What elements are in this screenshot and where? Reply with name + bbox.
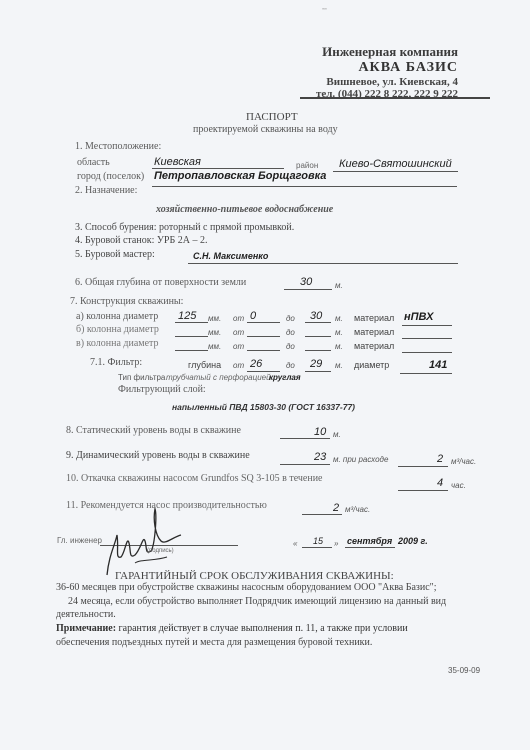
column-a-to: 30	[310, 310, 322, 322]
column-a-material: нПВХ	[404, 311, 433, 323]
filter-layer-value: напыленный ПВД 15803-30 (ГОСТ 16337-77)	[172, 402, 355, 412]
s71-from: 26	[250, 358, 262, 370]
filter-type-value2: круглая	[269, 373, 301, 382]
filter-type-label: Тип фильтра	[118, 373, 165, 382]
date-day: 15	[313, 536, 323, 546]
column-c-diameter-line	[175, 350, 208, 351]
filter-type-value: трубчатый с перфорацией	[166, 373, 271, 382]
date-month-line	[345, 547, 395, 548]
column-a-material-label: материал	[354, 313, 394, 323]
s9-unit: м. при расходе	[333, 455, 388, 464]
city-label: город (поселок)	[77, 171, 144, 182]
column-c-from-line	[247, 350, 280, 351]
s10-unit: час.	[451, 481, 466, 490]
s71-from-label: от	[233, 361, 244, 370]
rayon-line	[333, 171, 458, 172]
column-b-from-line	[247, 336, 280, 337]
oblast-label: область	[77, 157, 110, 168]
s11-line	[302, 514, 342, 515]
column-b-material-label: материал	[354, 327, 394, 337]
column-c-from-label: от	[233, 342, 244, 351]
column-b-to-line	[305, 336, 331, 337]
doc-title: ПАСПОРТ	[246, 111, 298, 123]
s71-depth-label: глубина	[188, 360, 221, 370]
column-a-from-line	[247, 322, 280, 323]
warranty-note: Примечание: гарантия действует в случае …	[56, 623, 408, 634]
s5-line	[188, 263, 458, 264]
rayon-label: район	[296, 161, 318, 170]
company-name: АКВА БАЗИС	[358, 60, 458, 76]
s71-label: 7.1. Фильтр:	[90, 357, 142, 368]
oblast-line	[152, 168, 284, 169]
note-label: Примечание:	[56, 623, 116, 634]
warranty-line2: 24 месяца, если обустройство выполняет П…	[68, 596, 446, 607]
s1-label: 1. Местоположение:	[75, 141, 161, 152]
company-line1: Инженерная компания	[322, 44, 458, 60]
filter-layer-label: Фильтрующий слой:	[118, 384, 206, 395]
s9-label: 9. Динамический уровень воды в скважине	[66, 450, 250, 461]
column-b-from-label: от	[233, 328, 244, 337]
column-b-unit-mm: мм.	[208, 328, 221, 337]
s7-label: 7. Конструкция скважины:	[70, 296, 183, 307]
note-text: гарантия действует в случае выполнения п…	[116, 623, 408, 634]
s8-label: 8. Статический уровень воды в скважине	[66, 425, 241, 436]
top-mark: ᵐᵐ	[322, 8, 327, 13]
column-a-unit-m: м.	[335, 314, 343, 323]
s9-flow-value: 2	[437, 453, 443, 465]
rayon-value: Киево-Святошинский	[339, 158, 452, 170]
date-open-quote: «	[293, 539, 297, 548]
column-b-material-line	[402, 338, 452, 339]
city-line	[152, 186, 457, 187]
column-a-diameter: 125	[178, 310, 196, 322]
date-close-quote: »	[334, 539, 338, 548]
s9-value: 23	[314, 451, 326, 463]
column-a-material-line	[402, 325, 452, 326]
s71-to-line	[305, 371, 331, 372]
oblast-value: Киевская	[154, 156, 201, 168]
s71-to-label: до	[286, 361, 295, 370]
s5-label: 5. Буровой мастер:	[75, 249, 155, 260]
s10-line	[398, 490, 448, 491]
s71-diameter: 141	[429, 359, 447, 371]
s71-from-line	[247, 371, 280, 372]
s6-unit: м.	[335, 281, 343, 290]
doc-number: 35-09-09	[448, 666, 480, 675]
s6-label: 6. Общая глубина от поверхности земли	[75, 277, 246, 288]
s4-text: 4. Буровой станок: УРБ 2А – 2.	[75, 235, 207, 246]
column-a-diameter-line	[175, 322, 208, 323]
date-year: 2009 г.	[398, 536, 428, 546]
s3-text: 3. Способ бурения: роторный с прямой про…	[75, 222, 294, 233]
column-c-to-line	[305, 350, 331, 351]
s5-value: С.Н. Максименко	[193, 251, 268, 261]
s6-value: 30	[300, 276, 312, 288]
s8-line	[280, 438, 330, 439]
column-c-unit-m: м.	[335, 342, 343, 351]
column-a-label: а) колонна диаметр	[76, 311, 158, 322]
column-c-label: в) колонна диаметр	[76, 338, 159, 349]
company-address: Вишневое, ул. Киевская, 4	[326, 76, 458, 88]
s9-flow-line	[398, 466, 448, 467]
doc-subtitle: проектируемой скважины на воду	[193, 124, 338, 135]
column-b-to-label: до	[286, 328, 295, 337]
warranty-note-line2: обеспечения подъездных путей и места для…	[56, 637, 372, 648]
column-c-to-label: до	[286, 342, 295, 351]
column-a-from: 0	[250, 310, 256, 322]
s8-value: 10	[314, 426, 326, 438]
column-c-unit-mm: мм.	[208, 342, 221, 351]
s11-unit: м³/час.	[345, 505, 370, 514]
s2-value: хозяйственно-питьевое водоснабжение	[156, 204, 333, 215]
header-rule	[300, 97, 490, 99]
warranty-line3: деятельности.	[56, 609, 116, 620]
s10-label: 10. Откачка скважины насосом Grundfos SQ…	[66, 473, 323, 484]
s6-line	[284, 289, 332, 290]
signature-caption: (подпись)	[147, 548, 174, 554]
s71-diameter-line	[400, 373, 452, 374]
s2-label: 2. Назначение:	[75, 185, 137, 196]
warranty-line1: 36-60 месяцев при обустройстве скважины …	[56, 582, 437, 593]
column-a-unit-mm: мм.	[208, 314, 221, 323]
column-c-material-line	[402, 352, 452, 353]
column-a-to-label: до	[286, 314, 295, 323]
s10-value: 4	[437, 477, 443, 489]
date-month: сентября	[347, 536, 392, 546]
column-b-unit-m: м.	[335, 328, 343, 337]
s8-unit: м.	[333, 430, 341, 439]
column-b-label: б) колонна диаметр	[76, 324, 159, 335]
s9-flow-unit: м³/час.	[451, 457, 476, 466]
city-value: Петропавловская Борщаговка	[154, 170, 326, 182]
s9-line	[280, 464, 330, 465]
s71-to: 29	[310, 358, 322, 370]
column-a-from-label: от	[233, 314, 244, 323]
column-c-material-label: материал	[354, 341, 394, 351]
s71-diameter-label: диаметр	[354, 360, 389, 370]
s71-unit-m: м.	[335, 361, 343, 370]
date-day-line	[302, 547, 332, 548]
column-b-diameter-line	[175, 336, 208, 337]
warranty-heading: ГАРАНТИЙНЫЙ СРОК ОБСЛУЖИВАНИЯ СКВАЖИНЫ:	[115, 570, 394, 582]
s11-value: 2	[333, 502, 339, 514]
column-a-to-line	[305, 322, 331, 323]
